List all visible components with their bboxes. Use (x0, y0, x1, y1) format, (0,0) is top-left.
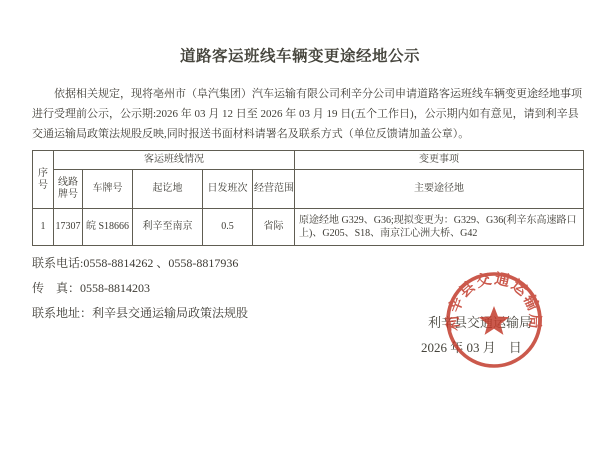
col-header-origin-dest: 起讫地 (133, 170, 203, 209)
col-group-change-items: 变更事项 (295, 151, 584, 170)
table-sub-header-row: 线路牌号 车牌号 起讫地 日发班次 经营范围 主要途径地 (33, 170, 584, 209)
col-header-daily-trips: 日发班次 (203, 170, 253, 209)
col-group-route-info: 客运班线情况 (54, 151, 295, 170)
col-header-plate-no: 车牌号 (83, 170, 133, 209)
notice-line: 依据相关规定，现将亳州市（阜汽集团）汽车运输有限公司利辛分公司申请道路客运班线车… (32, 84, 585, 104)
page-title: 道路客运班线车辆变更途经地公示 (0, 0, 600, 66)
notice-line: 进行受理前公示，公示期:2026 年 03 月 12 日至 2026 年 03 … (32, 104, 585, 124)
notice-document: 道路客运班线车辆变更途经地公示 依据相关规定，现将亳州市（阜汽集团）汽车运输有限… (0, 0, 600, 450)
seal-star-icon (479, 306, 509, 335)
notice-line: 交通运输局政策法规股反映,同时报送书面材料请署名及联系方式（单位反馈请加盖公章）… (32, 124, 585, 144)
table-row: 1 17307 皖 S18666 利辛至南京 0.5 省际 原途经地 G329、… (33, 209, 584, 246)
cell-origin-dest: 利辛至南京 (133, 209, 203, 246)
cell-daily-trips: 0.5 (203, 209, 253, 246)
notice-paragraph: 依据相关规定，现将亳州市（阜汽集团）汽车运输有限公司利辛分公司申请道路客运班线车… (32, 84, 585, 144)
cell-main-route: 原途经地 G329、G36;现拟变更为：G329、G36(利辛东高速路口上)、G… (295, 209, 584, 246)
cell-route-no: 17307 (54, 209, 83, 246)
official-seal: 利辛县交通运输局 (437, 263, 551, 377)
cell-serial: 1 (33, 209, 54, 246)
cell-plate-no: 皖 S18666 (83, 209, 133, 246)
col-header-route-no: 线路牌号 (54, 170, 83, 209)
cell-scope: 省际 (253, 209, 295, 246)
col-header-scope: 经营范围 (253, 170, 295, 209)
route-table: 序号 客运班线情况 变更事项 线路牌号 车牌号 起讫地 日发班次 经营范围 主要… (32, 150, 584, 246)
col-header-serial: 序号 (33, 151, 54, 209)
table-group-header-row: 序号 客运班线情况 变更事项 (33, 151, 584, 170)
col-header-main-route: 主要途径地 (295, 170, 584, 209)
